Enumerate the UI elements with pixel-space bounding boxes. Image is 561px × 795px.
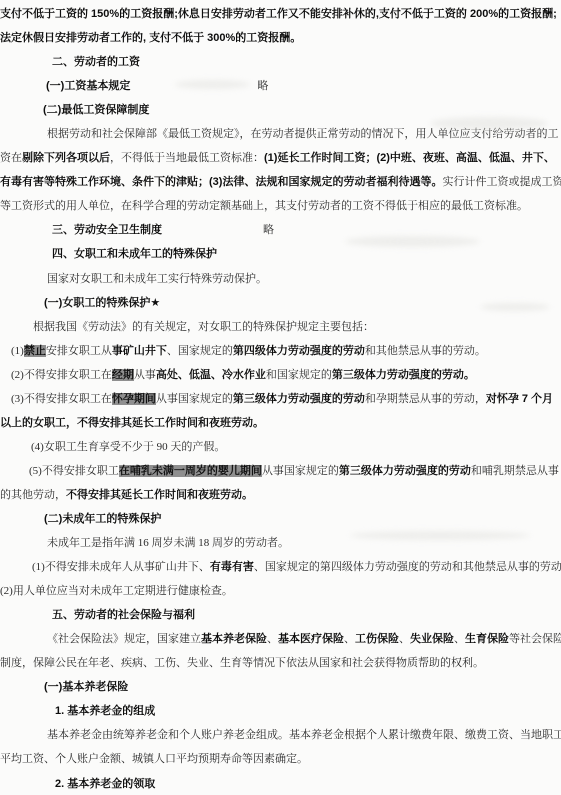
text-run: 等社会保险 [509,633,561,645]
text-line: (2)用人单位应当对未成年工定期进行健康检查。 [0,579,561,603]
text-line: (1)禁止安排女职工从事矿山井下、国家规定的第四级体力劳动强度的劳动和其他禁忌从… [0,339,561,363]
text-run: (1)不得安排未成年人从事矿山井下、 [32,561,210,573]
text-line: 未成年工是指年满 16 周岁未满 18 周岁的劳动者。 [0,531,561,555]
bold-text: 以上的女职工，不得安排其延长工作时间和夜班劳动。 [0,417,264,429]
highlighted-text: 在哺乳未满一周岁的婴儿期间 [119,465,262,477]
text-run: 、 [344,633,355,645]
text-run: 和哺乳期禁忌从事 [471,465,559,477]
text-line: 的其他劳动，不得安排其延长工作时间和夜班劳动。 [0,483,561,507]
bold-text: (一)工资基本规定 [46,80,130,92]
text-line: (2)不得安排女职工在经期从事高处、低温、冷水作业和国家规定的第三级体力劳动强度… [0,363,561,387]
text-line: 《社会保险法》规定，国家建立基本养老保险、基本医疗保险、工伤保险、失业保险、生育… [0,627,561,651]
text-run: 资在 [0,152,22,164]
text-run: 安排女职工从 [46,345,112,357]
text-line: (1)不得安排未成年人从事矿山井下、有毒有害、国家规定的第四级体力劳动强度的劳动… [0,555,561,579]
text-line: 根据劳动和社会保障部《最低工资规定》，在劳动者提供正常劳动的情况下，用人单位应支… [0,122,561,146]
bold-text: 第三级体力劳动强度的劳动 [339,465,471,477]
text-line: 四、女职工和未成年工的特殊保护 [0,242,561,266]
text-line: (二)未成年工的特殊保护 [0,507,561,531]
text-run: (3)不得安排女职工在 [11,393,112,405]
text-line: 1. 基本养老金的组成 [0,699,561,723]
text-line: (3)不得安排女职工在怀孕期间从事国家规定的第三级体力劳动强度的劳动和孕期禁忌从… [0,387,561,411]
bold-text: (一)基本养老保险 [44,681,128,693]
bold-text: 生育保险 [465,633,509,645]
text-line: 等工资形式的用人单位，在科学合理的劳动定额基础上，其支付劳动者的工资不得低于相应… [0,194,561,218]
text-line: 三、劳动安全卫生制度略 [0,218,561,242]
text-line: 支付不低于工资的 150%的工资报酬;休息日安排劳动者工作又不能安排补休的,支付… [0,2,561,26]
text-line: (一)基本养老保险 [0,675,561,699]
bold-text: (1)延长工作时间工资；(2)中班、夜班、高温、低温、井下、 [264,152,555,164]
text-run: ，不得低于当地最低工资标准： [110,152,264,164]
text-run: (2)用人单位应当对未成年工定期进行健康检查。 [0,585,233,597]
text-run: 和其他禁忌从事的劳动。 [365,345,486,357]
bold-text: 第三级体力劳动强度的劳动 [233,393,365,405]
text-line: 国家对女职工和未成年工实行特殊劳动保护。 [0,267,561,291]
text-line: (一)女职工的特殊保护★ [0,291,561,315]
text-run: 、国家规定的 [167,345,233,357]
bold-text: 事矿山井下 [112,345,167,357]
text-line: 2. 基本养老金的领取 [0,772,561,795]
text-line: 平均工资、个人账户金额、城镇人口平均预期寿命等因素确定。 [0,747,561,771]
bold-text: 四、女职工和未成年工的特殊保护 [52,248,217,260]
text-run: 等工资形式的用人单位，在科学合理的劳动定额基础上，其支付劳动者的工资不得低于相应… [0,200,528,212]
text-run: 实行计件工资或提成工资 [442,176,561,188]
text-run: 的其他劳动， [0,489,66,501]
text-line: 以上的女职工，不得安排其延长工作时间和夜班劳动。 [0,411,561,435]
text-run: 、国家规定的第四级体力劳动强度的劳动和其他禁忌从事的劳动。 [254,561,561,573]
text-run: 未成年工是指年满 16 周岁未满 18 周岁的劳动者。 [47,537,289,549]
text-run: (2)不得安排女职工在 [11,369,112,381]
highlighted-text: 怀孕期间 [112,393,156,405]
text-line: (5)不得安排女职工在哺乳未满一周岁的婴儿期间从事国家规定的第三级体力劳动强度的… [0,459,561,483]
text-run: 制度，保障公民在年老、疾病、工伤、失业、生育等情况下依法从国家和社会获得物质帮助… [0,657,484,669]
text-run: 略 [263,224,274,236]
bold-text: 三、劳动安全卫生制度 [52,224,162,236]
bold-text: (二)最低工资保障制度 [43,104,149,116]
text-line: 根据我国《劳动法》的有关规定，对女职工的特殊保护规定主要包括： [0,315,561,339]
text-line: (一)工资基本规定略 [0,74,561,98]
text-run: 从事国家规定的 [156,393,233,405]
bold-text: 有毒有害 [210,561,254,573]
bold-text: 法定休假日安排劳动者工作的, 支付不低于 300%的工资报酬。 [0,32,301,44]
text-line: (二)最低工资保障制度 [0,98,561,122]
highlighted-text: 禁止 [24,345,46,357]
bold-text: 五、劳动者的社会保险与福利 [52,609,195,621]
bold-text: 基本医疗保险 [278,633,344,645]
text-run: 略 [257,80,268,92]
text-run: 《社会保险法》规定，国家建立 [47,633,201,645]
bold-text: 失业保险 [410,633,454,645]
bold-text: 剔除下列各项以后 [22,152,110,164]
text-run: 从事 [134,369,156,381]
text-run: 、 [267,633,278,645]
text-line: 法定休假日安排劳动者工作的, 支付不低于 300%的工资报酬。 [0,26,561,50]
text-run: 、 [399,633,410,645]
bold-text: 不得安排其延长工作时间和夜班劳动。 [66,489,253,501]
text-run: 和孕期禁忌从事的劳动， [365,393,486,405]
bold-text: 1. 基本养老金的组成 [55,705,155,717]
text-line: 资在剔除下列各项以后，不得低于当地最低工资标准：(1)延长工作时间工资；(2)中… [0,146,561,170]
text-run: (1) [11,345,24,357]
text-run: 根据我国《劳动法》的有关规定，对女职工的特殊保护规定主要包括： [33,321,374,333]
text-run: 、 [454,633,465,645]
bold-text: 对怀孕 7 个月 [486,393,553,405]
text-line: (4)女职工生育享受不少于 90 天的产假。 [0,435,561,459]
document-page: 支付不低于工资的 150%的工资报酬;休息日安排劳动者工作又不能安排补休的,支付… [0,0,561,795]
bold-text: 二、劳动者的工资 [52,56,140,68]
text-line: 基本养老金由统筹养老金和个人账户养老金组成。基本养老金根据个人累计缴费年限、缴费… [0,723,561,747]
bold-text: 支付不低于工资的 150%的工资报酬;休息日安排劳动者工作又不能安排补休的,支付… [0,8,557,20]
text-run: 和国家规定的 [266,369,332,381]
highlighted-text: 经期 [112,369,134,381]
bold-text: 基本养老保险 [201,633,267,645]
text-run: (4)女职工生育享受不少于 90 天的产假。 [31,441,225,453]
text-run: 国家对女职工和未成年工实行特殊劳动保护。 [47,273,267,285]
text-line: 五、劳动者的社会保险与福利 [0,603,561,627]
text-line: 有毒有害等特殊工作环境、条件下的津贴；(3)法律、法规和国家规定的劳动者福利待遇… [0,170,561,194]
text-line: 二、劳动者的工资 [0,50,561,74]
text-run: 基本养老金由统筹养老金和个人账户养老金组成。基本养老金根据个人累计缴费年限、缴费… [47,729,561,741]
text-run: 根据劳动和社会保障部《最低工资规定》，在劳动者提供正常劳动的情况下，用人单位应支… [47,128,559,140]
text-run: 平均工资、个人账户金额、城镇人口平均预期寿命等因素确定。 [0,753,308,765]
bold-text: (一)女职工的特殊保护★ [44,297,160,309]
bold-text: (二)未成年工的特殊保护 [44,513,161,525]
bold-text: 工伤保险 [355,633,399,645]
text-line: 制度，保障公民在年老、疾病、工伤、失业、生育等情况下依法从国家和社会获得物质帮助… [0,651,561,675]
bold-text: 有毒有害等特殊工作环境、条件下的津贴；(3)法律、法规和国家规定的劳动者福利待遇… [0,176,442,188]
bold-text: 高处、低温、冷水作业 [156,369,266,381]
bold-text: 2. 基本养老金的领取 [55,778,155,790]
text-run: 从事国家规定的 [262,465,339,477]
bold-text: 第四级体力劳动强度的劳动 [233,345,365,357]
bold-text: 第三级体力劳动强度的劳动。 [332,369,475,381]
text-run: (5)不得安排女职工 [29,465,119,477]
